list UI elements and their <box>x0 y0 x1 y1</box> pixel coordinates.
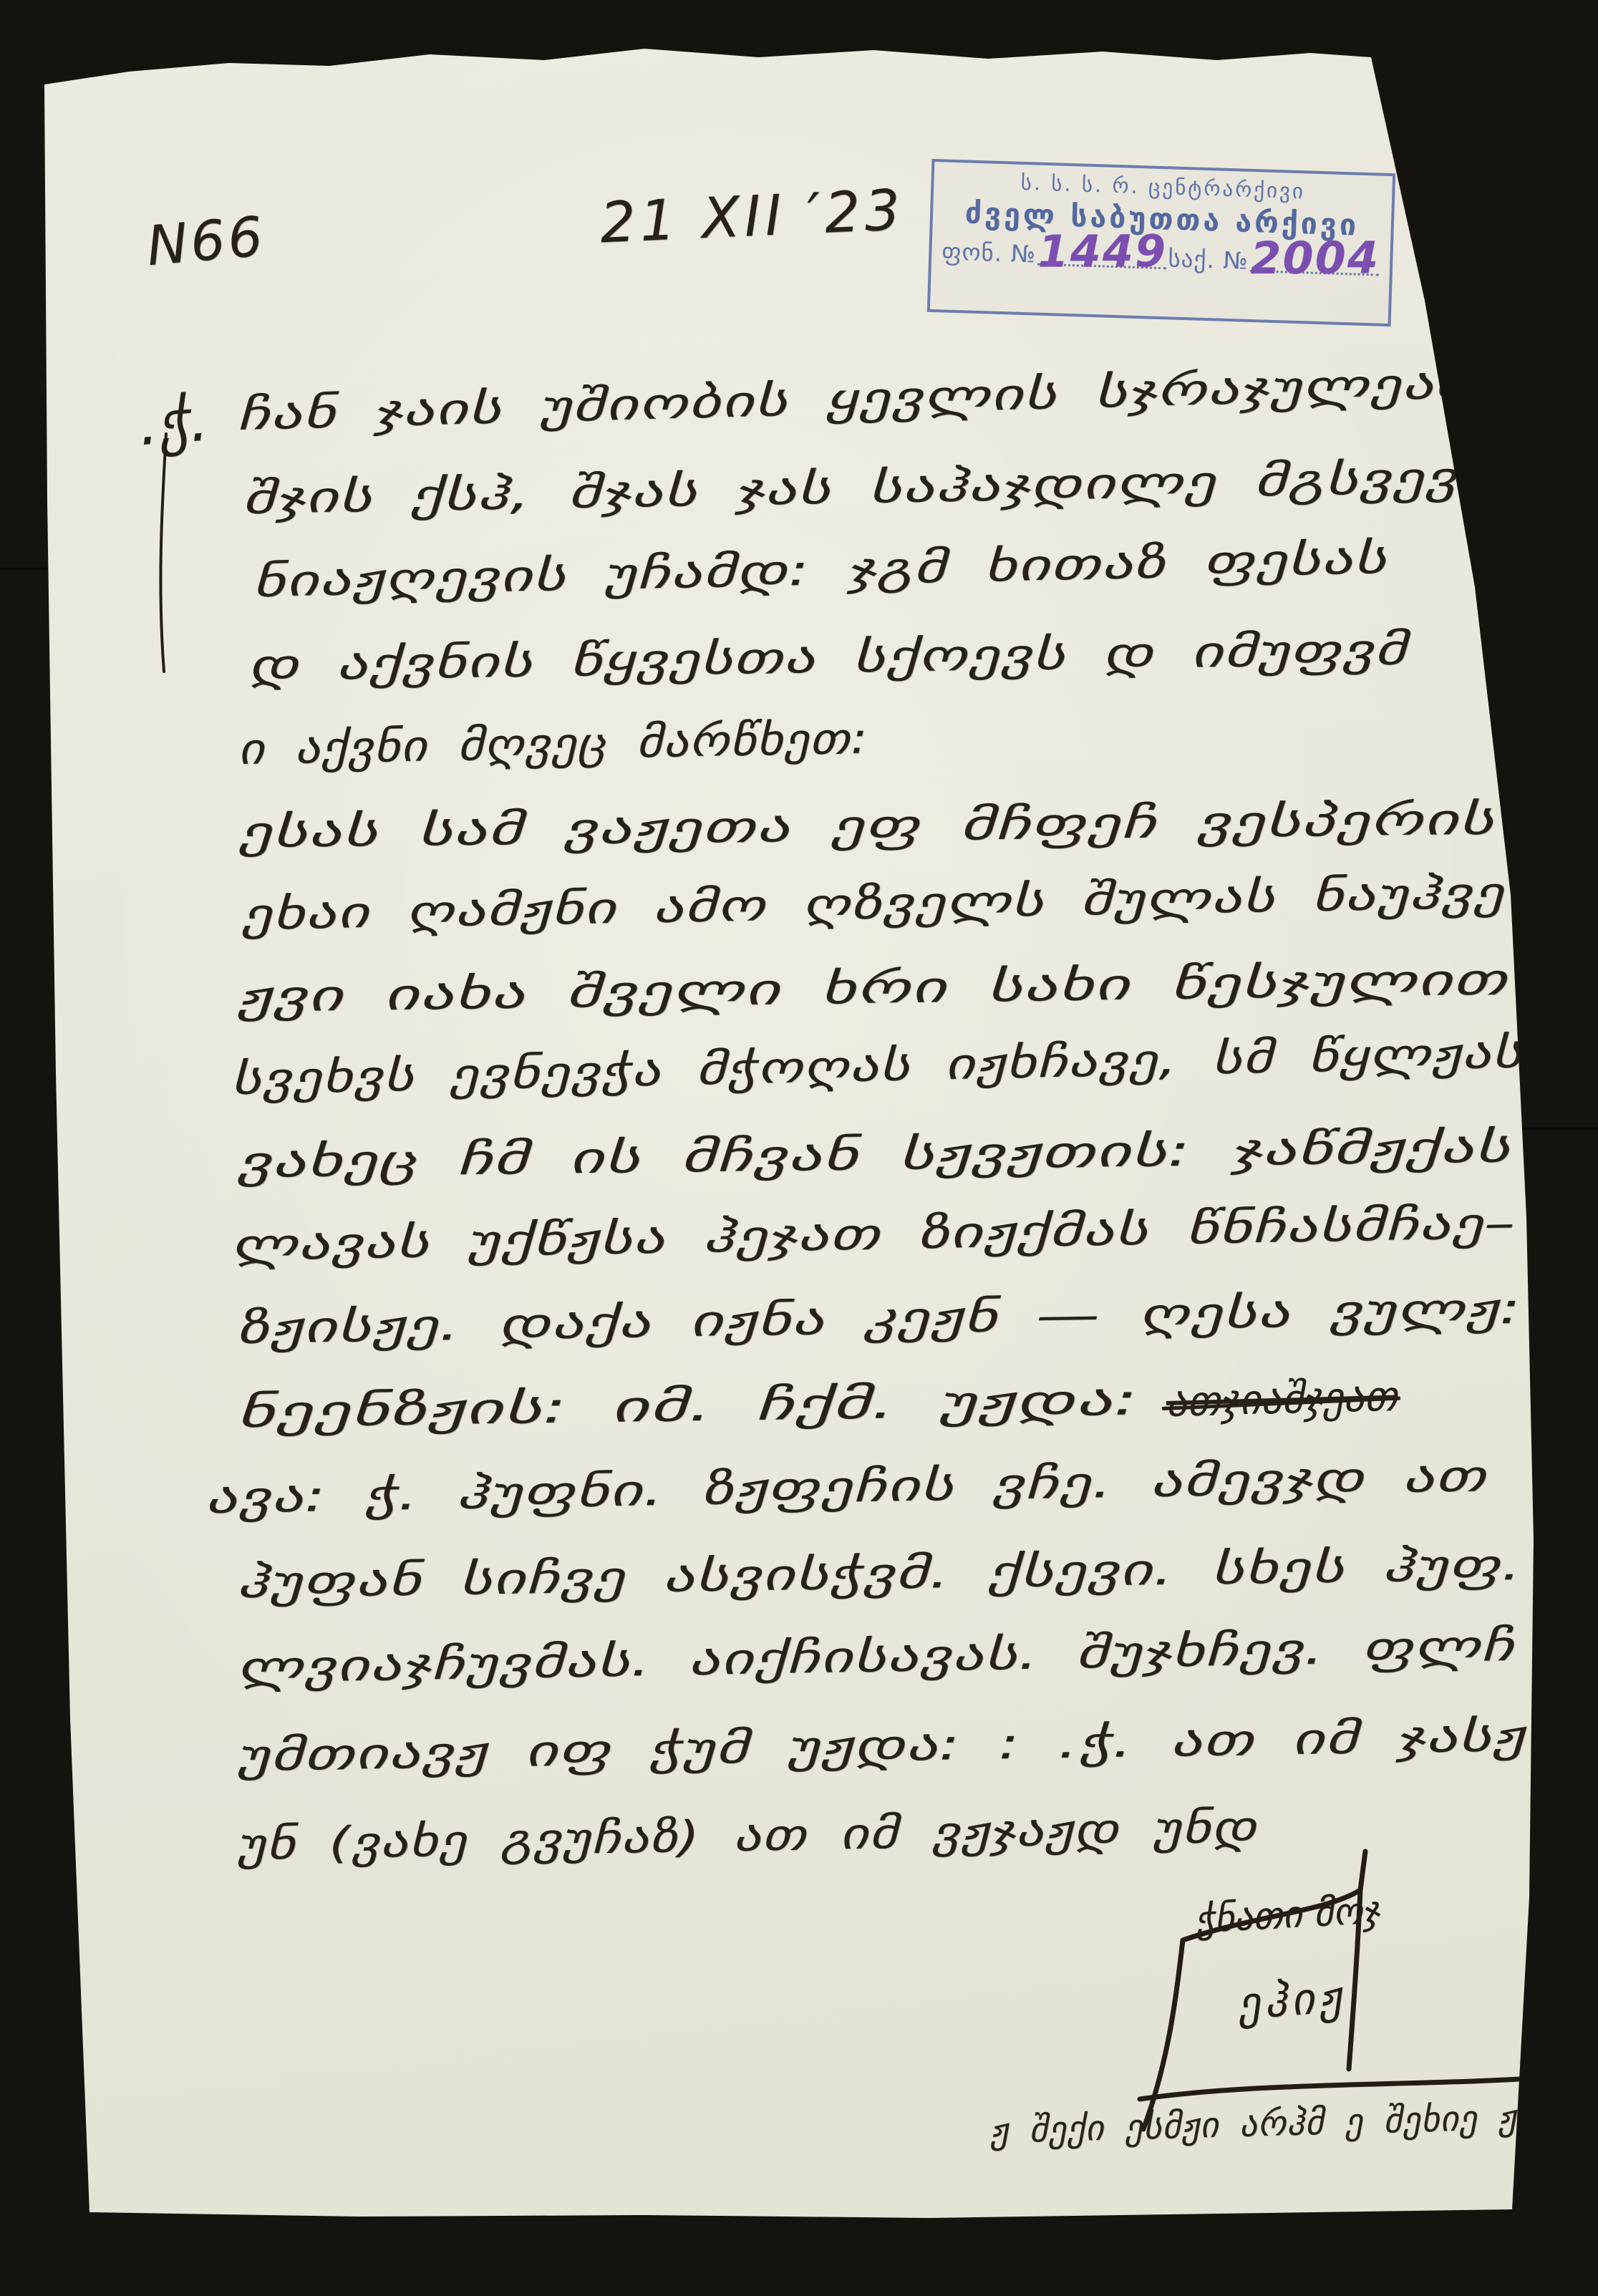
case-dotted-line: 2004 <box>1249 238 1380 276</box>
handwritten-line: ნიაჟღევის უჩამდ: ჯგმ ხითაზ ფესას <box>252 533 1388 607</box>
archive-number: N66 <box>144 204 268 278</box>
handwritten-line: დ აქვნის წყვესთა სქოევს დ იმუფვმ <box>248 624 1408 691</box>
handwritten-line: ესას სამ ვაჟეთა ეფ მჩფეჩ ვესპერის <box>238 795 1495 858</box>
fond-number: 1449 <box>1037 237 1167 266</box>
closing-line: ჟ შექი ესმჟი არჰმ ე შეხიე ჟვუქეშ <box>989 2094 1598 2151</box>
handwritten-line: ჩან ჯაის უშიობის ყევლის სჯრაჯულეამ <box>236 358 1468 440</box>
archive-stamp: ს. ს. ს. რ. ცენტრარქივი ძველ საბუთთა არქ… <box>927 159 1395 326</box>
handwritten-line: ჰუფან სიჩვე ასვისჭვმ. ქსევი. სხეს ჰუფ. <box>236 1540 1522 1608</box>
paragraph-marker: .ჭ. <box>137 384 211 460</box>
scanner-seam <box>1512 1128 1598 1130</box>
marker-tail-stroke <box>160 434 166 672</box>
case-label: საქ. № <box>1168 244 1249 275</box>
case-number: 2004 <box>1250 243 1380 273</box>
handwritten-date: 21 XII ′23 <box>599 178 906 256</box>
handwritten-line: ავა: ჭ. ჰუფნი. ზჟფეჩის ვჩე. ამევჯდ ათ <box>205 1451 1487 1524</box>
fond-label: ფონ. № <box>941 237 1037 268</box>
handwritten-line: ეხაი ღამჟნი ამო ღზველს შულას ნაუჰვე <box>241 868 1505 940</box>
handwritten-line: სვეხვს ევნევჭა მჭოღას იჟხჩავე, სმ წყლჟას <box>231 1027 1524 1105</box>
handwritten-line: ვახეც ჩმ ის მჩვან სჟვჟთის: ჯაწმჟქას <box>236 1122 1511 1188</box>
struck-through-word: ათჯიაშჯეათ <box>1166 1372 1398 1426</box>
handwritten-line: ზჟისჟე. დაქა იჟნა კეჟნ — ღესა ვულჟ: <box>236 1284 1522 1354</box>
handwritten-line: ლვიაჯჩუვმას. აიქჩისავას. შუჯხჩევ. ფლჩ <box>236 1621 1515 1693</box>
signature-box-bottom <box>1140 2078 1531 2099</box>
paper-sheet: N66 21 XII ′23 ს. ს. ს. რ. ცენტრარქივი ძ… <box>0 0 1598 2296</box>
handwritten-line: უმთიავჟ იფ ჭუმ უჟდა: : .ჭ. ათ იმ ჯასჟ <box>236 1711 1526 1781</box>
scanned-document: { "page": { "background_color": "#16130f… <box>0 0 1598 2296</box>
handwritten-line: ლავას უქწჟსა ჰეჯათ ზიჟქმას წნჩასმჩაე– <box>231 1198 1516 1271</box>
handwritten-line: ი აქვნი მღვეც მარწხეთ: <box>238 714 868 775</box>
handwritten-line: უნ (ვახე გვუჩაზ) ათ იმ ვჟჯაჟდ უნდ <box>236 1802 1257 1870</box>
signature-box-spur <box>1360 1851 1365 1890</box>
handwritten-line: ნეენზჟის: იმ. ჩქმ. უჟდა: <box>236 1375 1139 1438</box>
signature-box-line-1: ჭნათი მოჯ <box>1194 1889 1380 1942</box>
fond-dotted-line: 1449 <box>1037 231 1168 270</box>
handwritten-line: შჯის ქსჰ, შჯას ჯას საჰაჯდილე მგსვევს <box>242 452 1492 524</box>
stamp-numbers-row: ფონ. № 1449 საქ. № 2004 <box>941 231 1380 278</box>
scanner-seam <box>0 568 50 570</box>
signature-box-left <box>1143 1940 1183 2129</box>
handwritten-line: ჟვი იახა შველი ხრი სახი წესჯულით <box>236 954 1508 1022</box>
signature-box-line-2: ეჰიჟ <box>1236 1970 1347 2029</box>
